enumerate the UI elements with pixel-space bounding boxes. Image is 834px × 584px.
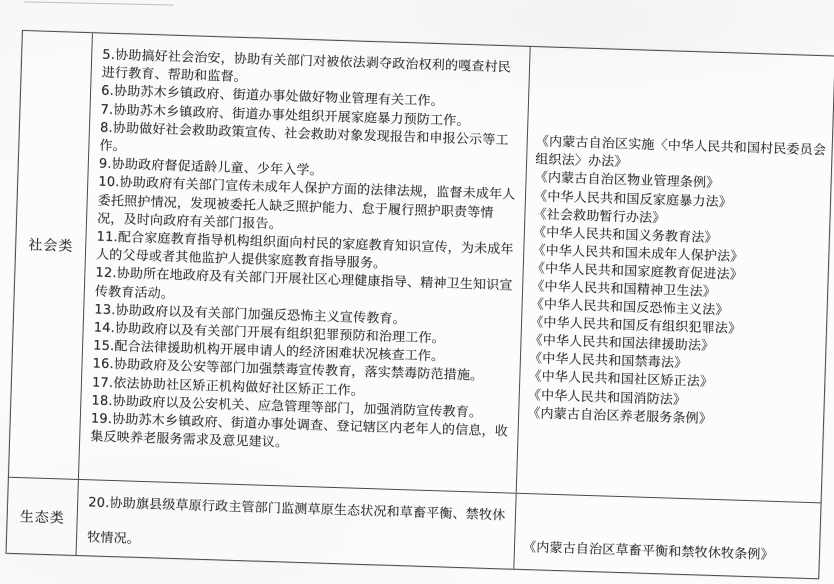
tasks-cell-social: 5.协助搞好社会治安，协助有关部门对被依法剥夺政治权利的嘎查村民进行教育、帮助和…: [79, 33, 531, 493]
references-list-social: 《内蒙古自治区实施〈中华人民共和国村民委员会组织法〉办法》 《内蒙古自治区物业管…: [527, 133, 828, 432]
references-cell-social: 《内蒙古自治区实施〈中华人民共和国村民委员会组织法〉办法》 《内蒙古自治区物业管…: [517, 47, 834, 502]
tasks-cell-ecology: 20.协助旗县级草原行政主管部门监测草原生态状况和草畜平衡、禁牧休牧情况。: [77, 480, 517, 569]
table-row-social-category: 社会类 5.协助搞好社会治安，协助有关部门对被依法剥夺政治权利的嘎查村民进行教育…: [9, 31, 834, 503]
scan-crop-artifact-line: [24, 1, 174, 5]
references-list-ecology: 《内蒙古自治区草畜平衡和禁牧休牧条例》: [523, 539, 815, 566]
references-cell-ecology: 《内蒙古自治区草畜平衡和禁牧休牧条例》: [514, 494, 820, 579]
duties-table: 社会类 5.协助搞好社会治安，协助有关部门对被依法剥夺政治权利的嘎查村民进行教育…: [6, 30, 834, 579]
category-cell-ecology: 生态类: [7, 478, 79, 555]
